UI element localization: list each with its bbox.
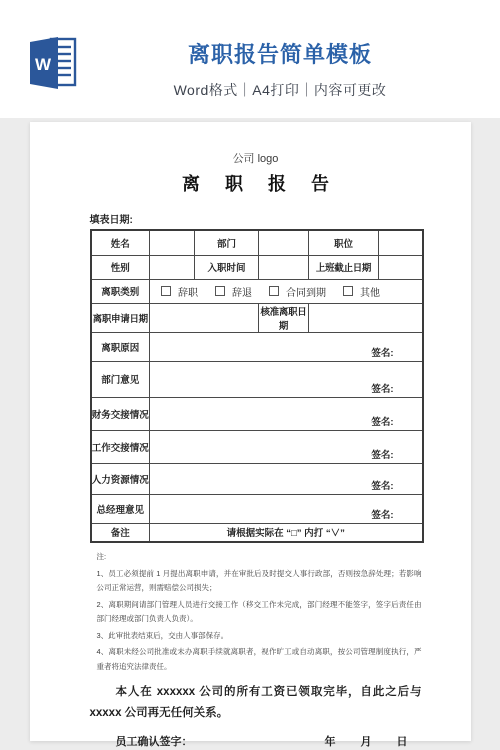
input-cell-gm-opinion[interactable]: 签名: [150, 494, 423, 523]
input-cell-position[interactable] [379, 230, 423, 255]
notes-heading: 注: [97, 550, 422, 565]
closing-statement: 本人在 xxxxxx 公司的所有工资已领取完毕，自此之后与 xxxxx 公司再无… [90, 682, 422, 724]
table-row: 姓名 部门 职位 [91, 230, 423, 255]
label-approve-date: 核准离职日期 [259, 303, 309, 332]
label-resign-reason: 离职原因 [91, 332, 150, 361]
sign-label: 签名: [371, 507, 393, 521]
input-cell-apply-date[interactable] [150, 303, 259, 332]
checkbox-label-contract-end: 合同到期 [286, 284, 326, 299]
employee-signature-label: 员工确认签字： [116, 733, 193, 749]
table-row: 离职类别 辞职 辞退 合同到期 其他 [91, 279, 423, 303]
fill-date-label: 填表日期: [90, 211, 422, 226]
note-item: 4、离职未经公司批准或未办离职手续就离职者，视作旷工或自动离职，按公司管理制度执… [97, 645, 422, 674]
checkbox-label-resign: 辞职 [178, 284, 198, 299]
table-row: 部门意见 签名: [91, 361, 423, 397]
checkbox-label-other: 其他 [360, 284, 380, 299]
year-label: 年 [325, 733, 336, 749]
word-icon-letter: W [35, 55, 52, 74]
resign-type-options: 辞职 辞退 合同到期 其他 [150, 279, 423, 303]
signature-line: 员工确认签字： 年 月 日 [90, 733, 422, 749]
table-row: 离职原因 签名: [91, 332, 423, 361]
label-name: 姓名 [91, 230, 150, 255]
date-labels: 年 月 日 [325, 733, 408, 749]
day-label: 日 [397, 733, 408, 749]
note-item: 3、此审批表结束后，交由人事部保存。 [97, 629, 422, 644]
input-cell-department[interactable] [259, 230, 309, 255]
input-cell-last-work-date[interactable] [379, 255, 423, 279]
template-title: 离职报告简单模板 [60, 38, 500, 69]
input-cell-name[interactable] [150, 230, 195, 255]
note-item: 1、员工必须提前 1 月提出离职申请，并在审批后及时提交人事行政部，否则按急辞处… [97, 567, 422, 596]
table-row: 人力资源情况 签名: [91, 463, 423, 494]
company-logo-placeholder: 公司 logo [90, 122, 422, 166]
label-gm-opinion: 总经理意见 [91, 494, 150, 523]
sign-label: 签名: [371, 414, 393, 428]
input-cell-resign-reason[interactable]: 签名: [150, 332, 423, 361]
sign-label: 签名: [371, 447, 393, 461]
template-subtitle: Word格式｜A4打印｜内容可更改 [60, 80, 500, 100]
remark-text: 请根据实际在 “□” 内打 “∨” [150, 523, 423, 542]
checkbox-resign-icon[interactable] [161, 286, 171, 296]
label-finance-handover: 财务交接情况 [91, 397, 150, 430]
checkbox-dismiss-icon[interactable] [215, 286, 225, 296]
label-hire-date: 入职时间 [195, 255, 259, 279]
checkbox-other-icon[interactable] [343, 286, 353, 296]
document-page: 公司 logo 离 职 报 告 填表日期: 姓名 部门 职位 性别 入职时间 上 [30, 122, 471, 741]
input-cell-hr-status[interactable]: 签名: [150, 463, 423, 494]
input-cell-dept-opinion[interactable]: 签名: [150, 361, 423, 397]
label-hr-status: 人力资源情况 [91, 463, 150, 494]
table-row: 性别 入职时间 上班截止日期 [91, 255, 423, 279]
label-dept-opinion: 部门意见 [91, 361, 150, 397]
month-label: 月 [361, 733, 372, 749]
top-banner: W 离职报告简单模板 Word格式｜A4打印｜内容可更改 [0, 0, 500, 118]
word-icon: W [30, 36, 78, 90]
sign-label: 签名: [371, 381, 393, 395]
checkbox-contract-end-icon[interactable] [269, 286, 279, 296]
notes-section: 注: 1、员工必须提前 1 月提出离职申请，并在审批后及时提交人事行政部，否则按… [97, 550, 422, 674]
input-cell-gender[interactable] [150, 255, 195, 279]
label-last-work-date: 上班截止日期 [309, 255, 379, 279]
label-gender: 性别 [91, 255, 150, 279]
input-cell-finance-handover[interactable]: 签名: [150, 397, 423, 430]
input-cell-work-handover[interactable]: 签名: [150, 430, 423, 463]
label-position: 职位 [309, 230, 379, 255]
label-apply-date: 离职申请日期 [91, 303, 150, 332]
resignation-form-table: 姓名 部门 职位 性别 入职时间 上班截止日期 离职类别 [90, 229, 424, 543]
sign-label: 签名: [371, 478, 393, 492]
input-cell-hire-date[interactable] [259, 255, 309, 279]
sign-label: 签名: [371, 345, 393, 359]
label-remark: 备注 [91, 523, 150, 542]
table-row: 财务交接情况 签名: [91, 397, 423, 430]
label-resign-type: 离职类别 [91, 279, 150, 303]
table-row: 离职申请日期 核准离职日期 [91, 303, 423, 332]
checkbox-label-dismiss: 辞退 [232, 284, 252, 299]
table-row: 备注 请根据实际在 “□” 内打 “∨” [91, 523, 423, 542]
doc-title: 离 职 报 告 [90, 170, 422, 196]
label-department: 部门 [195, 230, 259, 255]
table-row: 总经理意见 签名: [91, 494, 423, 523]
label-work-handover: 工作交接情况 [91, 430, 150, 463]
note-item: 2、离职期间请部门管理人员进行交接工作（移交工作未完成，部门经理不能签字，签字后… [97, 598, 422, 627]
input-cell-approve-date[interactable] [309, 303, 423, 332]
table-row: 工作交接情况 签名: [91, 430, 423, 463]
